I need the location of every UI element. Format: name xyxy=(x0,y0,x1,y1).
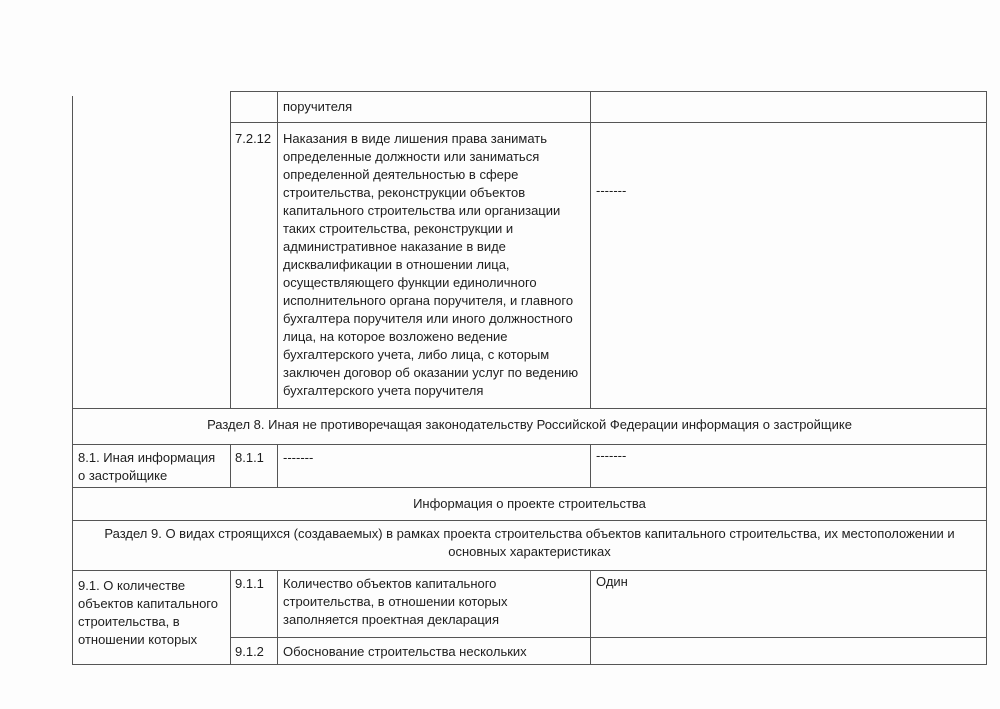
group-label: 9.1. О количестве объектов капитального … xyxy=(73,577,230,649)
item-description: Обоснование строительства нескольких xyxy=(278,643,527,661)
table-border xyxy=(72,487,987,488)
table-border xyxy=(72,570,987,571)
item-value: ------- xyxy=(591,447,626,465)
item-description: ------- xyxy=(278,449,313,467)
table-border xyxy=(72,408,987,409)
item-value: ------- xyxy=(591,182,626,200)
table-border xyxy=(72,520,987,521)
item-code: 9.1.2 xyxy=(231,643,264,661)
section-9-heading: Раздел 9. О видах строящихся (создаваемы… xyxy=(72,525,987,561)
table-border xyxy=(72,444,987,445)
table-border xyxy=(72,664,987,665)
table-border xyxy=(230,91,987,92)
group-label: 8.1. Иная информация о застройщике xyxy=(73,449,230,485)
project-info-heading: Информация о проекте строительства xyxy=(72,495,987,513)
document-page: поручителя 7.2.12 Наказания в виде лишен… xyxy=(0,0,1000,709)
table-border xyxy=(986,91,987,665)
item-code: 9.1.1 xyxy=(231,575,264,593)
table-border xyxy=(230,122,987,123)
item-description: Количество объектов капитального строите… xyxy=(278,575,590,629)
table-border xyxy=(590,91,591,408)
table-border xyxy=(230,637,987,638)
item-description: Наказания в виде лишения права занимать … xyxy=(278,130,590,400)
item-code: 7.2.12 xyxy=(231,130,271,148)
item-value: Один xyxy=(591,573,628,591)
section-8-heading: Раздел 8. Иная не противоречащая законод… xyxy=(72,416,987,434)
item-code: 8.1.1 xyxy=(231,449,264,467)
continuation-text: поручителя xyxy=(278,98,352,116)
